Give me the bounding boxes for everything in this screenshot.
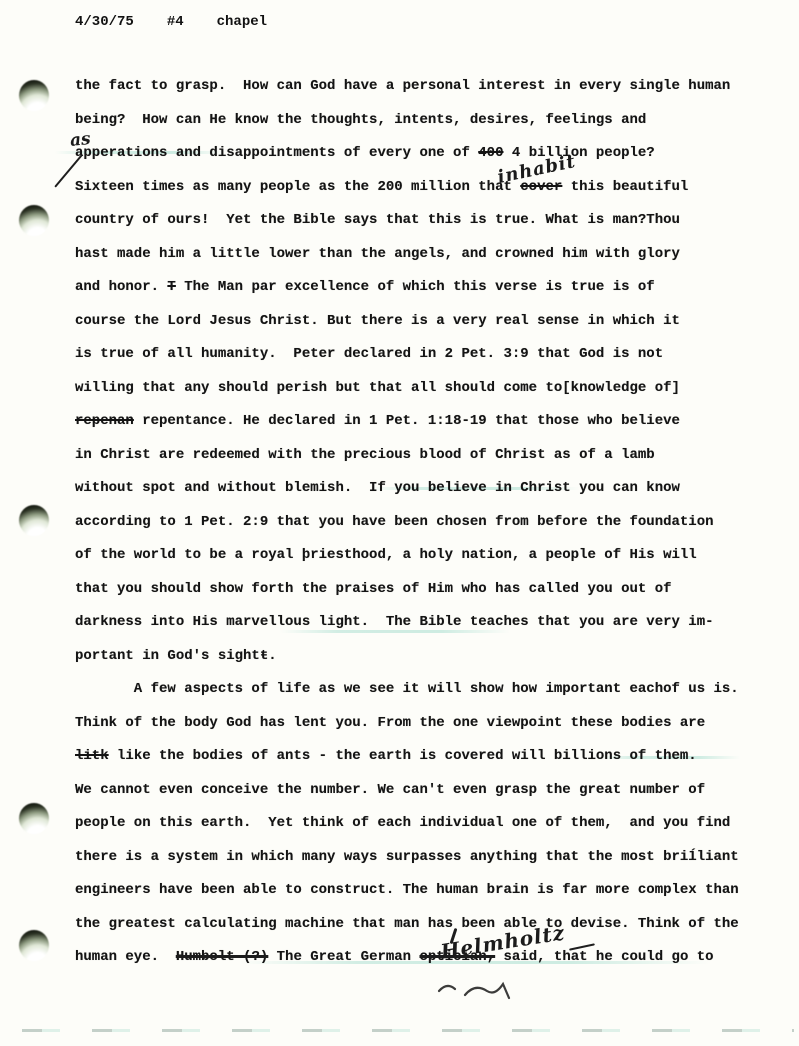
typed-text: The Great German [268, 949, 419, 965]
typed-text: 4 billion people? [503, 145, 654, 161]
struck-text: repenan [75, 413, 134, 429]
typed-text: like the bodies of ants - the earth is c… [109, 748, 697, 764]
text-line: people on this earth. Yet think of each … [75, 815, 785, 849]
text-line: portant in God's sightŧ. [75, 648, 785, 682]
text-line: apperations and disappointments of every… [75, 145, 785, 179]
typed-text: Sixteen times as many people as the 200 … [75, 179, 520, 195]
hole-punch [19, 930, 49, 961]
typed-text: people on this earth. Yet think of each … [75, 815, 730, 831]
text-line: that you should show forth the praises o… [75, 581, 785, 615]
text-line: is true of all humanity. Peter declared … [75, 346, 785, 380]
text-line: without spot and without blemish. If you… [75, 480, 785, 514]
typed-text: portant in God's sightŧ. [75, 648, 277, 664]
typed-text: Think of the body God has lent you. From… [75, 715, 705, 731]
text-line: being? How can He know the thoughts, int… [75, 112, 785, 146]
text-line: Think of the body God has lent you. From… [75, 715, 785, 749]
scan-streak-bottom [8, 1029, 794, 1032]
text-line: course the Lord Jesus Christ. But there … [75, 313, 785, 347]
struck-text: Humbolt (?) [176, 949, 268, 965]
typed-text: this beautiful [562, 179, 688, 195]
typed-text: the greatest calculating machine that ma… [75, 916, 739, 932]
text-line: We cannot even conceive the number. We c… [75, 782, 785, 816]
text-line: engineers have been able to construct. T… [75, 882, 785, 916]
typed-text: apperations and disappointments of every… [75, 145, 478, 161]
text-line: in Christ are redeemed with the precious… [75, 447, 785, 481]
typed-text: in Christ are redeemed with the precious… [75, 447, 655, 463]
text-line: country of ours! Yet the Bible says that… [75, 212, 785, 246]
hole-punch [19, 803, 49, 834]
text-line: hast made him a little lower than the an… [75, 246, 785, 280]
text-line: willing that any should perish but that … [75, 380, 785, 414]
text-line: darkness into His marvellous light. The … [75, 614, 785, 648]
typed-text: course the Lord Jesus Christ. But there … [75, 313, 680, 329]
header-title: chapel [217, 14, 267, 30]
text-line: the fact to grasp. How can God have a pe… [75, 78, 785, 112]
typed-text: engineers have been able to construct. T… [75, 882, 739, 898]
typed-text: without spot and without blemish. If you… [75, 480, 680, 496]
text-line: human eye. Humbolt (?) The Great German … [75, 949, 785, 983]
page-header: 4/30/75 #4 chapel [75, 14, 267, 30]
hole-punch [19, 205, 49, 236]
text-line: litk like the bodies of ants - the earth… [75, 748, 785, 782]
typed-text: human eye. [75, 949, 176, 965]
text-line: according to 1 Pet. 2:9 that you have be… [75, 514, 785, 548]
typed-text: A few aspects of life as we see it will … [75, 681, 739, 697]
struck-text: 400 [478, 145, 503, 161]
text-line: Sixteen times as many people as the 200 … [75, 179, 785, 213]
typed-text: there is a system in which many ways sur… [75, 849, 739, 865]
hole-punch [19, 80, 49, 111]
typed-text: according to 1 Pet. 2:9 that you have be… [75, 514, 714, 530]
text-line: repenan repentance. He declared in 1 Pet… [75, 413, 785, 447]
typed-text: hast made him a little lower than the an… [75, 246, 680, 262]
struck-text: litk [75, 748, 109, 764]
typed-text: The Man par excellence of which this ver… [176, 279, 655, 295]
typewritten-text: the fact to grasp. How can God have a pe… [75, 78, 785, 983]
text-line: there is a system in which many ways sur… [75, 849, 785, 883]
typed-text: repentance. He declared in 1 Pet. 1:18-1… [134, 413, 680, 429]
typed-text: and honor. [75, 279, 167, 295]
header-date: 4/30/75 [75, 14, 134, 30]
text-line: of the world to be a royal þriesthood, a… [75, 547, 785, 581]
pen-scribble [435, 975, 520, 1001]
text-line: the greatest calculating machine that ma… [75, 916, 785, 950]
hole-punch [19, 505, 49, 536]
document-page: 4/30/75 #4 chapel the fact to grasp. How… [0, 0, 799, 1046]
header-number: #4 [167, 14, 184, 30]
typed-text: is true of all humanity. Peter declared … [75, 346, 663, 362]
typed-text: the fact to grasp. How can God have a pe… [75, 78, 730, 94]
typed-text: willing that any should perish but that … [75, 380, 680, 396]
typed-text: said, that he could go to [495, 949, 713, 965]
typed-text: darkness into His marvellous light. The … [75, 614, 714, 630]
text-line: and honor. T The Man par excellence of w… [75, 279, 785, 313]
handwritten-correction-as: as [69, 129, 92, 151]
text-line: A few aspects of life as we see it will … [75, 681, 785, 715]
typed-text: country of ours! Yet the Bible says that… [75, 212, 680, 228]
typed-text: of the world to be a royal þriesthood, a… [75, 547, 697, 563]
typed-text: We cannot even conceive the number. We c… [75, 782, 705, 798]
struck-text: T [167, 279, 175, 295]
typed-text: being? How can He know the thoughts, int… [75, 112, 646, 128]
typed-text: that you should show forth the praises o… [75, 581, 672, 597]
